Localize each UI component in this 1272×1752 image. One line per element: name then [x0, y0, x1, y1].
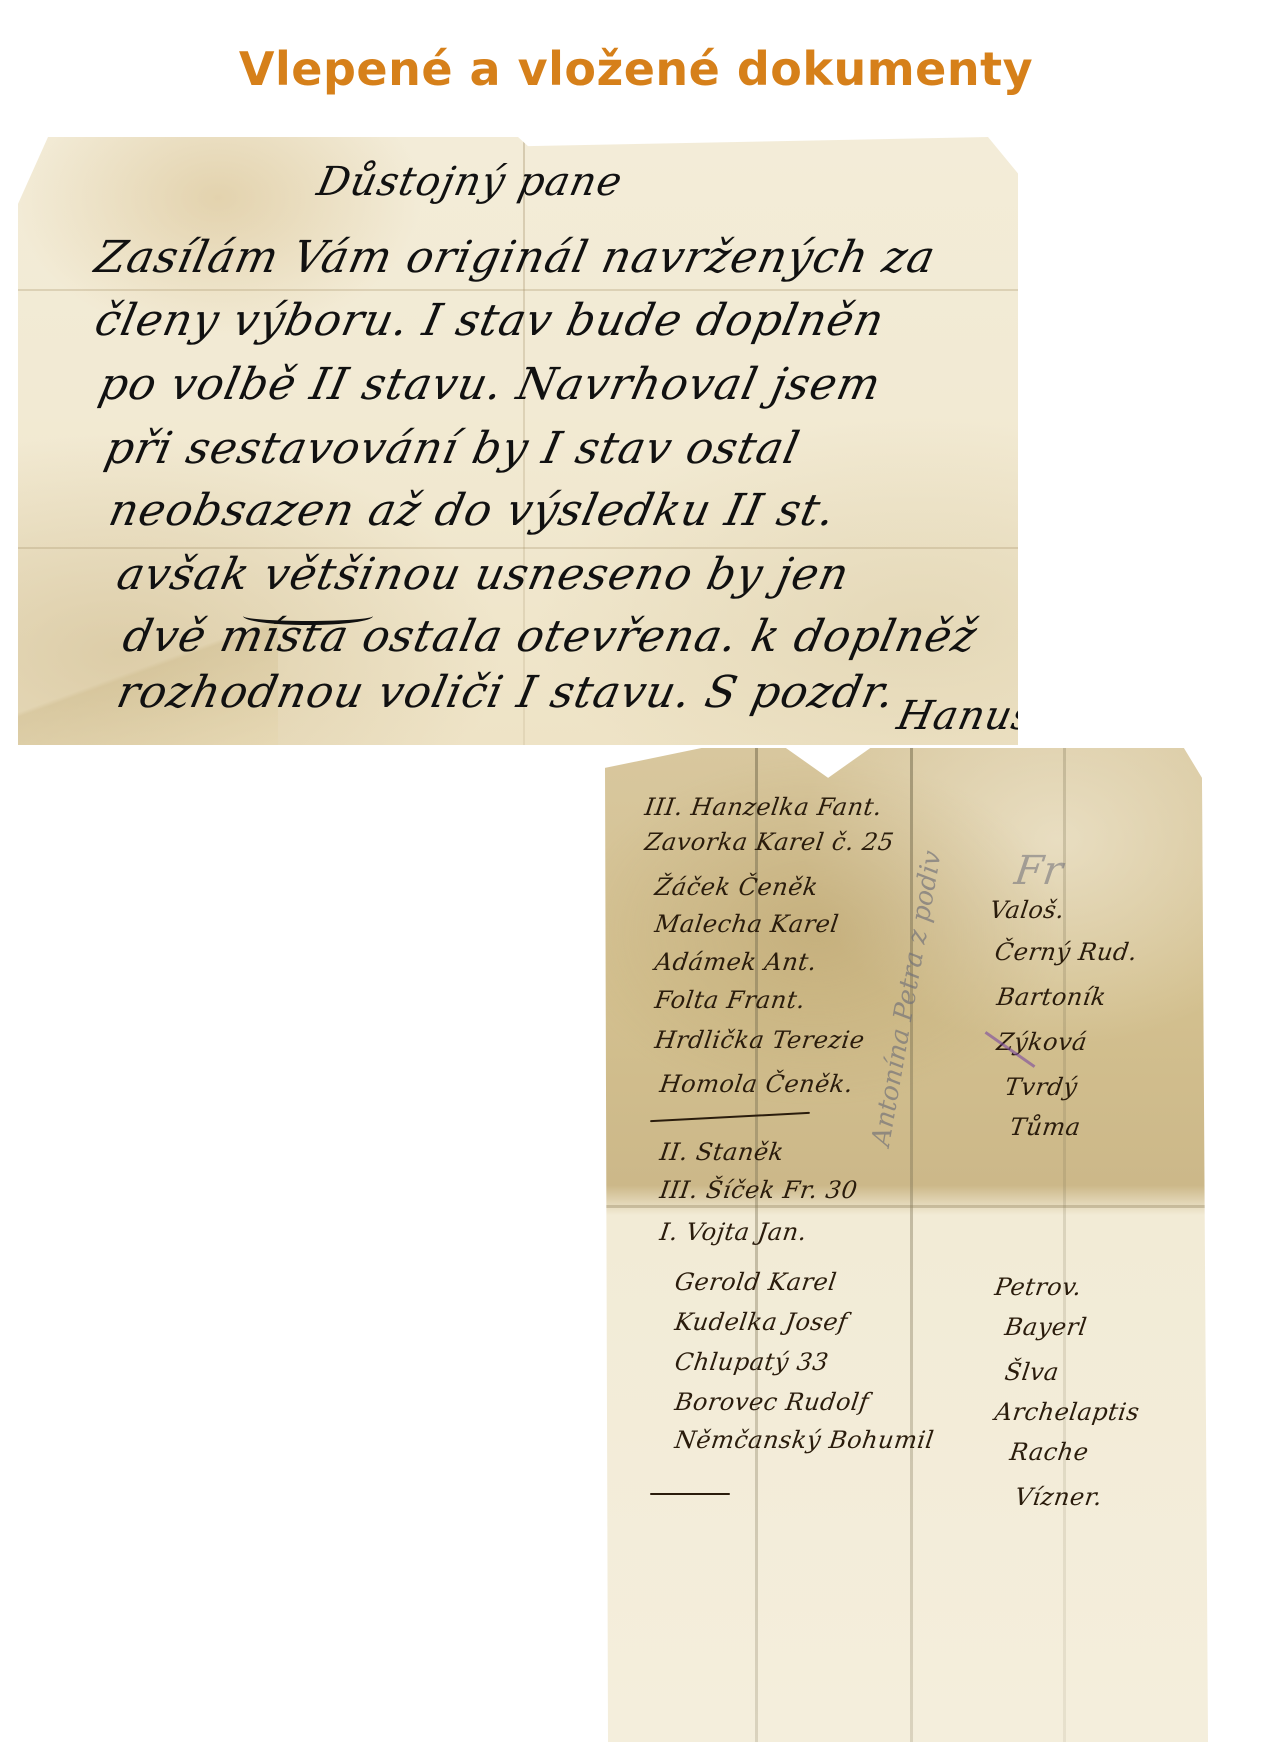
list-entry: Folta Frant. [653, 986, 807, 1014]
letter-line: neobsazen až do výsledku II st. [105, 485, 841, 536]
list-entry: III. Šíček Fr. 30 [658, 1176, 859, 1204]
list-entry: Bartoník [995, 983, 1108, 1011]
list-entry: Šlva [1003, 1358, 1061, 1386]
list-separator-stroke [650, 1493, 730, 1495]
letter-line: členy výboru. I stav bude doplněn [91, 295, 890, 346]
list-entry: Tůma [1008, 1113, 1082, 1141]
list-entry: Valoš. [988, 896, 1066, 924]
letter-line: rozhodnou voliči I stavu. S pozdr. [113, 667, 900, 718]
list-entry: Gerold Karel [673, 1268, 838, 1296]
letter-signature: Hanuš [893, 693, 1039, 739]
letter-line: po volbě II stavu. Navrhoval jsem [95, 359, 886, 410]
list-entry: Žáček Čeněk [653, 873, 820, 901]
list-entry: Černý Rud. [993, 938, 1139, 966]
list-entry: I. Vojta Jan. [658, 1218, 809, 1246]
letter-fold-horizontal [18, 289, 1018, 291]
list-entry: Vízner. [1013, 1483, 1104, 1511]
letter-line: dvě místa ostala otevřena. k doplněž [119, 611, 982, 662]
list-entry: Zavorka Karel č. 25 [643, 828, 896, 856]
list-entry: Archelaptis [993, 1398, 1141, 1426]
list-entry: Petrov. [993, 1273, 1084, 1301]
scanned-name-list: Antonína Petra z podiv Fr III. Hanzelka … [605, 748, 1208, 1742]
letter-line: při sestavování by I stav ostal [101, 423, 805, 474]
letter-line: avšak většinou usneseno by jen [113, 549, 855, 600]
list-entry: Homola Čeněk. [658, 1070, 855, 1098]
list-entry: Tvrdý [1003, 1073, 1079, 1101]
list-entry: II. Staněk [658, 1138, 786, 1166]
list-entry: Chlupatý 33 [673, 1348, 830, 1376]
list-entry: Bayerl [1003, 1313, 1089, 1341]
list-entry: Zýková [995, 1028, 1089, 1056]
scanned-letter: Důstojný pane Zasílám Vám originál navrž… [18, 137, 1018, 745]
letter-salutation: Důstojný pane [313, 159, 627, 205]
letter-line: Zasílám Vám originál navržených za [91, 232, 941, 283]
list-entry: Kudelka Josef [673, 1308, 849, 1336]
list-entry: Hrdlička Terezie [653, 1026, 867, 1054]
list-entry: Němčanský Bohumil [673, 1426, 936, 1454]
list-entry: Borovec Rudolf [673, 1388, 871, 1416]
list-entry: Malecha Karel [653, 910, 841, 938]
list-entry: Rache [1008, 1438, 1090, 1466]
list-entry: Adámek Ant. [653, 948, 819, 976]
list-crease-horizontal [605, 1205, 1208, 1208]
pencil-mark: Fr [1012, 848, 1066, 894]
page-title: Vlepené a vložené dokumenty [0, 42, 1272, 96]
list-entry: III. Hanzelka Fant. [643, 793, 884, 821]
